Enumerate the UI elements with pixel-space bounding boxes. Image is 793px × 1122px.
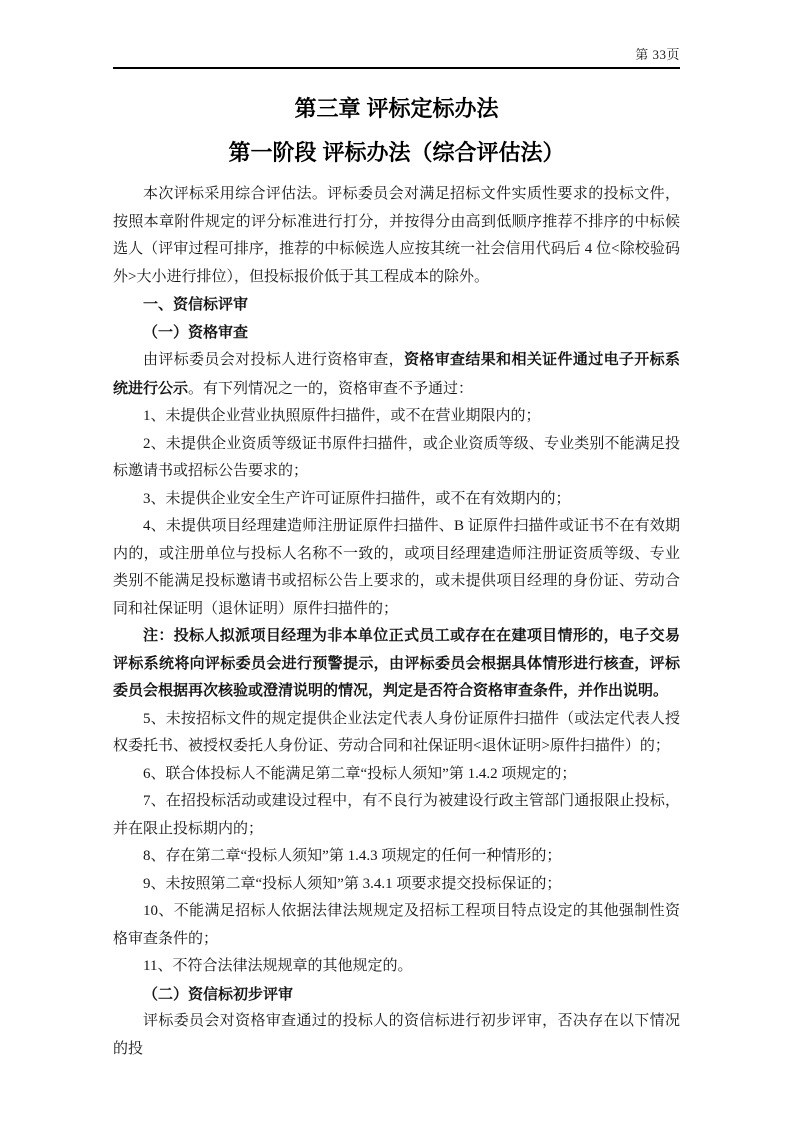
clause-item-4: 4、未提供项目经理建造师注册证原件扫描件、B 证原件扫描件或证书不在有效期内的，… <box>113 513 680 623</box>
clause-item-9: 9、未按照第二章“投标人须知”第 3.4.1 项要求提交投标保证的； <box>113 871 680 899</box>
page-number: 第 33页 <box>635 47 680 62</box>
qualification-paragraph: 由评标委员会对投标人进行资格审查，资格审查结果和相关证件通过电子开标系统进行公示… <box>113 346 680 403</box>
note-paragraph: 注：投标人拟派项目经理为非本单位正式员工或存在在建项目情形的，电子交易评标系统将… <box>113 623 680 706</box>
clause-item-5: 5、未按招标文件的规定提供企业法定代表人身份证原件扫描件（或法定代表人授权委托书… <box>113 706 680 761</box>
chapter-title: 第三章 评标定标办法 <box>113 94 680 124</box>
clause-item-1: 1、未提供企业营业执照原件扫描件，或不在营业期限内的； <box>113 403 680 431</box>
header-rule <box>113 67 680 69</box>
document-body: 本次评标采用综合评估法。评标委员会对满足招标文件实质性要求的投标文件，按照本章附… <box>113 181 680 1063</box>
clause-item-7: 7、在招投标活动或建设过程中，有不良行为被建设行政主管部门通报限止投标，并在限止… <box>113 788 680 843</box>
subsection-heading-qualification: （一）资格审查 <box>113 319 680 347</box>
stage-title: 第一阶段 评标办法（综合评估法） <box>113 138 680 168</box>
section-heading-credit-review: 一、资信标评审 <box>113 291 680 319</box>
subsection-heading-preliminary-review: （二）资信标初步评审 <box>113 981 680 1009</box>
clause-item-8: 8、存在第二章“投标人须知”第 1.4.3 项规定的任何一种情形的； <box>113 843 680 871</box>
qualification-suffix-text: 。有下列情况之一的，资格审查不予通过： <box>188 381 473 397</box>
clause-item-6: 6、联合体投标人不能满足第二章“投标人须知”第 1.4.2 项规定的； <box>113 761 680 789</box>
clause-item-11: 11、不符合法律法规规章的其他规定的。 <box>113 953 680 981</box>
intro-paragraph: 本次评标采用综合评估法。评标委员会对满足招标文件实质性要求的投标文件，按照本章附… <box>113 181 680 291</box>
document-page: 第 33页 第三章 评标定标办法 第一阶段 评标办法（综合评估法） 本次评标采用… <box>0 0 793 1122</box>
qualification-prefix-text: 由评标委员会对投标人进行资格审查， <box>143 352 404 368</box>
closing-paragraph: 评标委员会对资格审查通过的投标人的资信标进行初步评审，否决存在以下情况的投 <box>113 1008 680 1063</box>
page-header: 第 33页 <box>113 0 680 64</box>
clause-item-2: 2、未提供企业资质等级证书原件扫描件，或企业资质等级、专业类别不能满足投标邀请书… <box>113 431 680 486</box>
clause-item-10: 10、不能满足招标人依据法律法规规定及招标工程项目特点设定的其他强制性资格审查条… <box>113 898 680 953</box>
clause-item-3: 3、未提供企业安全生产许可证原件扫描件，或不在有效期内的； <box>113 486 680 514</box>
